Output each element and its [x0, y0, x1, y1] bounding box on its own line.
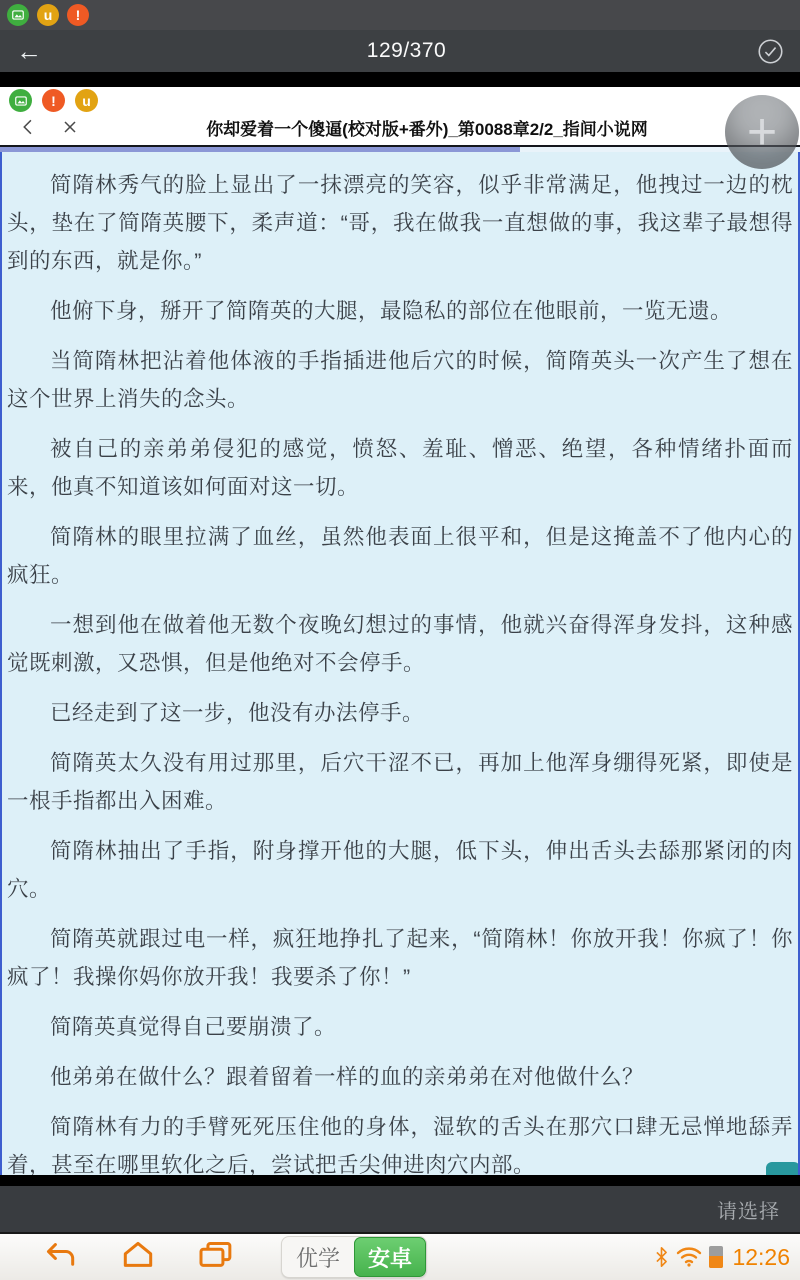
gallery-notification-icon: [9, 89, 32, 112]
novel-paragraph: 简隋林秀气的脸上显出了一抹漂亮的笑容，似乎非常满足，他拽过一边的枕头，垫在了简隋…: [7, 166, 793, 280]
browser-back-icon[interactable]: [14, 113, 42, 141]
novel-paragraph: 简隋林的眼里拉满了血丝，虽然他表面上很平和，但是这掩盖不了他内心的疯狂。: [7, 518, 793, 594]
novel-paragraph: 已经走到了这一步，他没有办法停手。: [7, 694, 793, 732]
please-select-label[interactable]: 请选择: [717, 1195, 780, 1224]
phone-screen: u ! ← 129/370 ! u: [0, 0, 800, 1280]
clock: 12:26: [732, 1244, 790, 1271]
battery-icon: [709, 1246, 723, 1268]
novel-paragraph: 简隋林有力的手臂死死压住他的身体，湿软的舌头在那穴口肆无忌惮地舔弄着，甚至在哪里…: [7, 1108, 793, 1175]
back-arrow-icon[interactable]: ←: [16, 38, 56, 64]
check-circle-icon[interactable]: [757, 38, 784, 65]
nav-recents-icon[interactable]: [196, 1240, 236, 1275]
novel-paragraph: 简隋英太久没有用过那里，后穴干涩不已，再加上他浑身绷得死紧，即使是一根手指都出入…: [7, 744, 793, 820]
novel-paragraph: 被自己的亲弟弟侵犯的感觉，愤怒、羞耻、憎恶、绝望，各种情绪扑面而来，他真不知道该…: [7, 430, 793, 506]
novel-paragraph: 他俯下身，掰开了简隋英的大腿，最隐私的部位在他眼前，一览无遗。: [7, 292, 793, 330]
nav-back-icon[interactable]: [40, 1240, 80, 1275]
switcher-left-option[interactable]: 优学: [282, 1237, 354, 1277]
bluetooth-icon: [654, 1246, 669, 1268]
divider-strip: [0, 1175, 800, 1186]
nav-home-icon[interactable]: [118, 1240, 158, 1275]
scroll-indicator[interactable]: [766, 1162, 800, 1175]
novel-paragraph: 他弟弟在做什么？跟着留着一样的血的亲弟弟在对他做什么？: [7, 1058, 793, 1096]
input-method-switcher: 优学 安卓: [282, 1237, 426, 1277]
alert-notification-icon: !: [67, 4, 89, 26]
browser-close-icon[interactable]: [56, 113, 84, 141]
system-status-bar: u !: [0, 0, 800, 30]
u-notification-icon: u: [75, 89, 98, 112]
browser-nav-row: 你却爱着一个傻逼(校对版+番外)_第0088章2/2_指间小说网: [0, 111, 800, 143]
system-tray: 12:26: [654, 1234, 790, 1280]
novel-paragraph: 一想到他在做着他无数个夜晚幻想过的事情，他就兴奋得浑身发抖，这种感觉既刺激，又恐…: [7, 606, 793, 682]
add-floating-button[interactable]: +: [725, 95, 799, 169]
wifi-icon: [676, 1246, 702, 1268]
page-counter: 129/370: [367, 39, 446, 63]
switcher-right-option[interactable]: 安卓: [354, 1237, 426, 1277]
nav-buttons: [40, 1240, 236, 1275]
u-notification-icon: u: [37, 4, 59, 26]
app-header: ← 129/370: [0, 30, 800, 72]
toolbar-status-icons: ! u: [9, 89, 98, 112]
alert-notification-icon: !: [42, 89, 65, 112]
novel-paragraph: 简隋英就跟过电一样，疯狂地挣扎了起来，“简隋林！你放开我！你疯了！你疯了！我操你…: [7, 920, 793, 996]
divider-strip: [0, 72, 800, 87]
page-title: 你却爱着一个傻逼(校对版+番外)_第0088章2/2_指间小说网: [84, 115, 800, 140]
selection-action-bar: 请选择: [0, 1186, 800, 1232]
android-nav-bar: 优学 安卓 12:26: [0, 1232, 800, 1280]
browser-toolbar: ! u 你却爱着一个傻逼(校对版+番外)_第0088章2/2_指间小说网: [0, 87, 800, 147]
novel-paragraph: 简隋英真觉得自己要崩溃了。: [7, 1008, 793, 1046]
gallery-notification-icon: [7, 4, 29, 26]
novel-paragraph: 简隋林抽出了手指，附身撑开他的大腿，低下头，伸出舌头去舔那紧闭的肉穴。: [7, 832, 793, 908]
novel-paragraph: 当简隋林把沾着他体液的手指插进他后穴的时候，简隋英头一次产生了想在这个世界上消失…: [7, 342, 793, 418]
novel-content[interactable]: 简隋林秀气的脸上显出了一抹漂亮的笑容，似乎非常满足，他拽过一边的枕头，垫在了简隋…: [0, 152, 800, 1175]
